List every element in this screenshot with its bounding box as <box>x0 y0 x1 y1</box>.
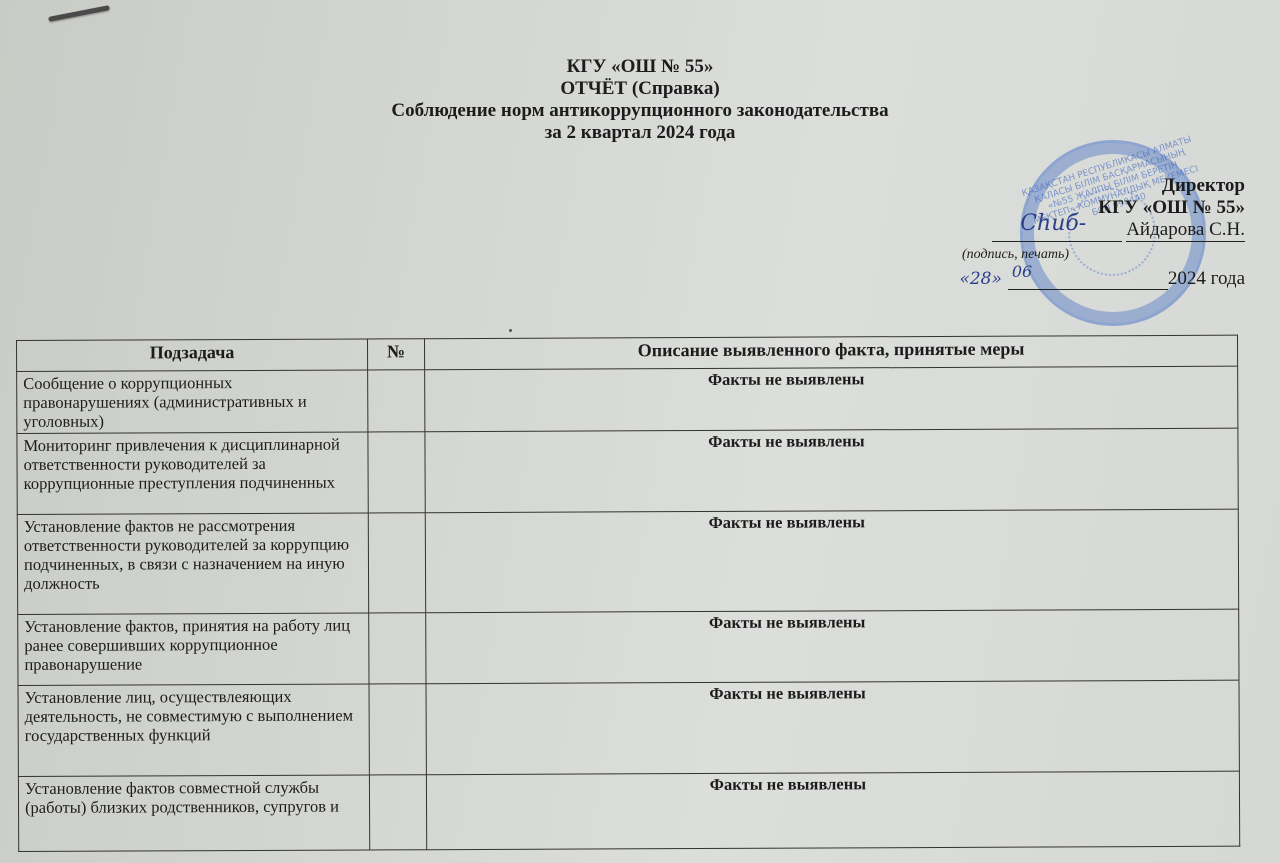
table-row: Мониторинг привлечения к дисциплинарной … <box>17 428 1238 514</box>
org-title: КГУ «ОШ № 55» <box>340 56 940 78</box>
number-cell <box>369 775 426 850</box>
signature: Сhиб- <box>1020 213 1086 235</box>
table-row: Сообщение о коррупционных правонарушения… <box>17 366 1238 433</box>
number-cell <box>369 613 426 684</box>
subtask-cell: Установление фактов, принятия на работу … <box>18 613 369 686</box>
approver-name: Айдарова С.Н. <box>1126 219 1245 242</box>
date-month: 06 <box>1012 261 1032 283</box>
report-subject: Соблюдение норм антикоррупционного закон… <box>340 100 940 122</box>
table-row: Установление фактов совместной службы (р… <box>18 771 1239 851</box>
report-type: ОТЧЁТ (Справка) <box>340 78 940 100</box>
number-cell <box>368 432 425 513</box>
table-row: Установление фактов, принятия на работу … <box>18 609 1239 685</box>
description-cell: Факты не выявлены <box>426 680 1239 775</box>
approval-date: «28» 06 2024 года <box>940 268 1245 290</box>
description-cell: Факты не выявлены <box>426 771 1239 850</box>
report-period: за 2 квартал 2024 года <box>340 122 940 144</box>
description-cell: Факты не выявлены <box>425 428 1238 513</box>
date-year: 2024 года <box>1168 268 1245 290</box>
document-header: КГУ «ОШ № 55» ОТЧЁТ (Справка) Соблюдение… <box>340 56 940 144</box>
header-number: № <box>367 339 424 370</box>
approval-block: Директор КГУ «ОШ № 55» Сhиб- Айдарова С.… <box>940 175 1245 290</box>
table-row: Установление фактов не рассмотрения отве… <box>17 509 1238 614</box>
subtask-cell: Мониторинг привлечения к дисциплинарной … <box>17 432 368 515</box>
subtask-cell: Сообщение о коррупционных правонарушения… <box>17 370 368 434</box>
description-cell: Факты не выявлены <box>425 509 1238 613</box>
signature-line: Сhиб- Айдарова С.Н. <box>940 219 1245 242</box>
header-description: Описание выявленного факта, принятые мер… <box>424 335 1237 370</box>
subtask-cell: Установление фактов совместной службы (р… <box>18 775 369 852</box>
signature-caption: (подпись, печать) <box>940 244 1245 266</box>
header-subtask: Подзадача <box>17 339 368 372</box>
approver-position: Директор <box>940 175 1245 197</box>
ink-dot <box>509 329 512 332</box>
description-cell: Факты не выявлены <box>425 366 1238 432</box>
number-cell <box>368 513 425 613</box>
description-cell: Факты не выявлены <box>426 609 1239 684</box>
approver-org: КГУ «ОШ № 55» <box>940 197 1245 219</box>
subtask-cell: Установление лиц, осуществлеяющих деятел… <box>18 684 369 777</box>
date-day: «28» <box>959 268 1001 290</box>
staple <box>48 5 110 22</box>
table-row: Установление лиц, осуществлеяющих деятел… <box>18 680 1239 776</box>
number-cell <box>369 684 426 775</box>
number-cell <box>368 370 425 432</box>
subtask-cell: Установление фактов не рассмотрения отве… <box>17 513 368 615</box>
report-table: Подзадача № Описание выявленного факта, … <box>16 335 1240 852</box>
